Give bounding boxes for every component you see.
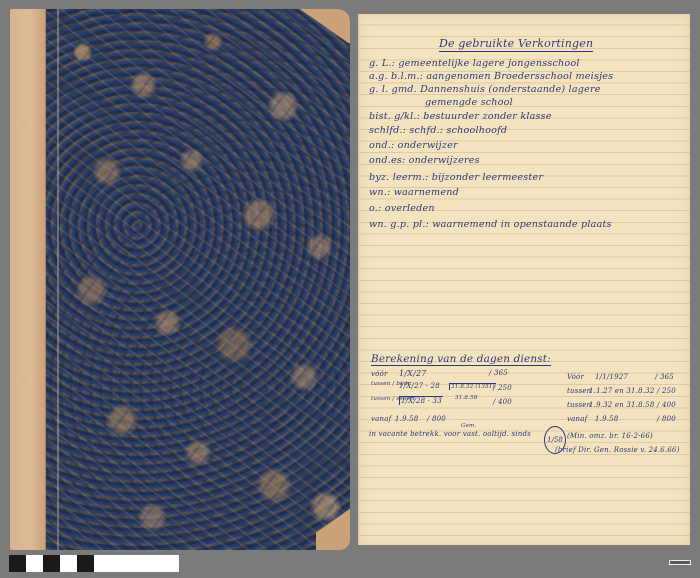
calibration-square-white <box>60 555 77 572</box>
abbreviation-line: ond.es: onderwijzeres <box>369 155 480 166</box>
calc-left-extra: 31.8.58 <box>455 395 477 401</box>
abbreviation-line: g. L.: gemeentelijke lagere jongensschoo… <box>369 58 580 69</box>
reference-note: (Min. omz. br. 16-2-66) <box>567 432 653 440</box>
spine-crease <box>57 9 59 550</box>
abbreviation-line: g. l. gmd. Dannenshuis (onderstaande) la… <box>369 84 601 95</box>
calc-right-label: tussen <box>567 401 591 409</box>
abbreviation-line: a.g. b.l.m.: aangenomen Broedersschool m… <box>369 71 613 82</box>
abbreviation-line: wn. g.p. pl.: waarnemend in openstaande … <box>369 219 612 230</box>
calc-left-label: vanaf <box>371 415 391 423</box>
calibration-square-white <box>26 555 43 572</box>
calc-left-extra: 31.8.32 (1351) <box>449 383 496 390</box>
calc-right-range: 1.9.58 <box>595 415 618 423</box>
calc-right-label: Vóór <box>567 373 584 381</box>
abbreviation-line: bist. g/kl.: bestuurder zonder klasse <box>369 111 552 122</box>
calc-left-label: vóór <box>371 370 388 378</box>
abbreviation-line: o.: overleden <box>369 203 435 214</box>
calc-right-value: / 250 <box>657 387 676 395</box>
reference-note: (brief Dir. Gen. Rossie v. 24.6.66) <box>555 446 680 454</box>
calibration-square-white <box>94 555 179 572</box>
calc-right-value: / 800 <box>657 415 676 423</box>
calibration-square-black <box>77 555 94 572</box>
calc-right-range: 1.1.27 en 31.8.32 <box>589 387 654 395</box>
page-title: De gebruikte Verkortingen <box>439 37 593 52</box>
calc-left-date: 1/X/28 · 33 <box>399 396 443 405</box>
calc-left-value: / 400 <box>493 398 512 406</box>
notebook-cover <box>10 9 350 550</box>
calibration-square-black <box>43 555 60 572</box>
abbreviation-line: gemengde school <box>425 97 513 108</box>
calc-footnote: in vacante betrekk. voor vast. ooltijd. … <box>369 430 531 438</box>
calibration-square-black <box>9 555 26 572</box>
calc-left-value: / 800 <box>427 415 446 423</box>
marbled-cover-board <box>46 9 350 550</box>
calc-left-date: 1.9.58 <box>395 415 418 423</box>
worn-corner-bottom <box>316 472 350 550</box>
calc-left-date: 1/X/27 · 28 <box>399 382 440 390</box>
calc-right-label: vanaf <box>567 415 587 423</box>
calc-right-value: / 400 <box>657 401 676 409</box>
calc-left-value: / 365 <box>489 369 508 377</box>
calc-right-range: 1.9.32 en 31.8.58 <box>589 401 654 409</box>
worn-corner-top <box>288 9 350 43</box>
calc-right-value: / 365 <box>655 373 674 381</box>
calculation-title: Berekening van de dagen dienst: <box>371 353 551 366</box>
abbreviation-line: ond.: onderwijzer <box>369 140 458 151</box>
calc-right-label: tussen <box>567 387 591 395</box>
abbreviation-line: byz. leerm.: bijzonder leermeester <box>369 172 543 183</box>
abbreviation-line: wn.: waarnemend <box>369 187 459 198</box>
calc-right-date: 1/1/1927 <box>595 373 628 381</box>
color-calibration-strip <box>9 555 179 572</box>
notebook-page: De gebruikte Verkortingen g. L.: gemeent… <box>358 14 690 545</box>
calc-left-date: 1/X/27 <box>399 369 427 378</box>
cover-spine <box>10 9 46 550</box>
scale-marker <box>669 560 691 565</box>
footnote-annotation: Gem. <box>461 423 476 429</box>
abbreviation-line: schlfd.: schfd.: schoolhoofd <box>369 125 507 136</box>
calc-left-value: / 250 <box>493 384 512 392</box>
